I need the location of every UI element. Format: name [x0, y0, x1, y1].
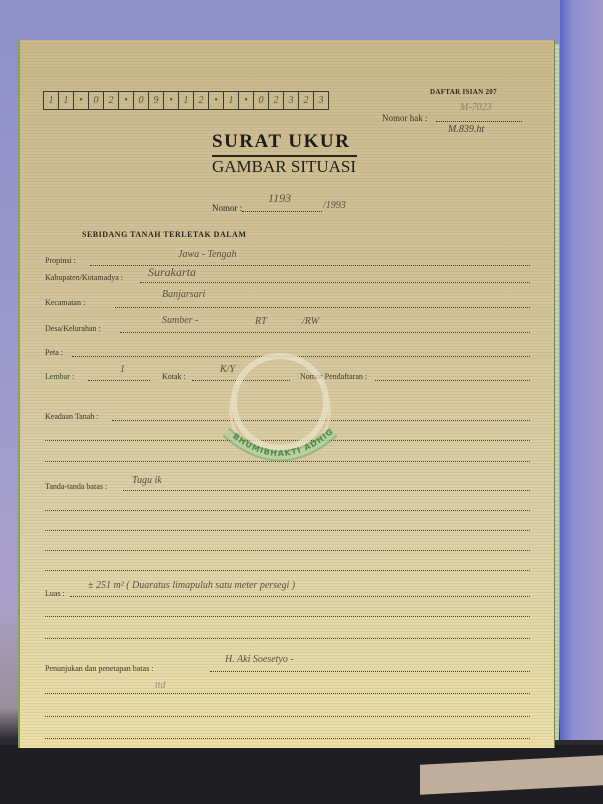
code-box: •	[74, 92, 89, 109]
nomor-pendaftaran-line	[375, 380, 530, 381]
penunjukan-value: H. Aki Soesetyo -	[225, 654, 294, 665]
kecamatan-label: Kecamatan :	[45, 298, 85, 307]
nomor-year: /1993	[323, 200, 346, 211]
code-box: 0	[254, 92, 269, 109]
peta-label: Peta :	[45, 348, 63, 357]
code-box: 2	[299, 92, 314, 109]
kabupaten-label: Kabupaten/Kotamadya :	[45, 273, 123, 282]
keadaan-tanah-label: Keadaan Tanah :	[45, 412, 99, 421]
form-id: DAFTAR ISIAN 207	[430, 88, 497, 96]
kabupaten-line	[140, 282, 530, 283]
desa-rt: RT	[255, 316, 267, 327]
code-box: 9	[149, 92, 164, 109]
code-box: 3	[284, 92, 299, 109]
kotak-label: Kotak :	[162, 372, 186, 381]
tanda-batas-line-5	[45, 570, 530, 571]
code-box: 2	[194, 92, 209, 109]
nomor-value: 1193	[268, 191, 291, 206]
code-box: 1	[179, 92, 194, 109]
desa-rw: /RW	[302, 316, 319, 327]
desa-value: Sumber -	[162, 315, 198, 326]
tanda-batas-label: Tanda-tanda batas :	[45, 482, 107, 491]
kecamatan-line	[115, 307, 530, 308]
luas-line-2	[45, 616, 530, 617]
desa-line	[120, 332, 530, 333]
code-box: •	[119, 92, 134, 109]
penunjukan-signature: ttd	[155, 680, 166, 691]
document-title: SURAT UKUR	[212, 131, 350, 153]
code-box: •	[239, 92, 254, 109]
tanda-batas-value: Tugu ik	[132, 475, 162, 486]
penunjukan-label: Penunjukan dan penetapan batas :	[45, 664, 153, 673]
code-box: 1	[224, 92, 239, 109]
tanda-batas-line-3	[45, 530, 530, 531]
penunjukan-line-2	[45, 693, 530, 694]
kabupaten-value: Surakarta	[148, 265, 196, 280]
background-right	[560, 0, 603, 740]
luas-label: Luas :	[45, 589, 65, 598]
code-box: 0	[134, 92, 149, 109]
code-box: 1	[59, 92, 74, 109]
code-box: •	[209, 92, 224, 109]
penunjukan-line-1	[210, 671, 530, 672]
luas-line-3	[45, 638, 530, 639]
bhumibhakti-stamp-icon: BHUMIBHAKTI ADHIGUNA	[212, 340, 348, 476]
luas-line	[70, 596, 530, 597]
code-box: 3	[314, 92, 328, 109]
nomor-line	[242, 211, 322, 212]
propinsi-label: Propinsi :	[45, 256, 76, 265]
surat-ukur-document: 1 1 • 0 2 • 0 9 • 1 2 • 1 • 0 2 3 2 3 DA…	[18, 40, 554, 748]
penunjukan-line-4	[45, 738, 530, 739]
tanda-batas-line-2	[45, 510, 530, 511]
code-box: 2	[269, 92, 284, 109]
parcel-code-boxes: 1 1 • 0 2 • 0 9 • 1 2 • 1 • 0 2 3 2 3	[43, 91, 329, 110]
nomor-hak-line	[436, 121, 522, 122]
code-box: 0	[89, 92, 104, 109]
lembar-line	[88, 380, 150, 381]
penunjukan-line-3	[45, 716, 530, 717]
nomor-label: Nomor :	[212, 203, 242, 213]
section-heading: SEBIDANG TANAH TERLETAK DALAM	[82, 230, 246, 239]
tanda-batas-line-4	[45, 550, 530, 551]
code-box: 1	[44, 92, 59, 109]
propinsi-value: Jawa - Tengah	[178, 249, 237, 260]
tanda-batas-line-1	[123, 490, 530, 491]
kecamatan-value: Banjarsari	[162, 289, 205, 300]
code-box: •	[164, 92, 179, 109]
nomor-hak-handwritten-top: M-7023	[460, 102, 492, 113]
code-box: 2	[104, 92, 119, 109]
luas-value: ± 251 m² ( Duaratus limapuluh satu meter…	[88, 580, 295, 591]
desa-label: Desa/Kelurahan :	[45, 324, 101, 333]
lembar-label: Lembar :	[45, 372, 74, 381]
nomor-hak-label: Nomor hak :	[382, 113, 428, 123]
lembar-value: 1	[120, 364, 125, 375]
document-subtitle: GAMBAR SITUASI	[212, 157, 356, 177]
nomor-hak-value: M.839.ht	[448, 124, 484, 135]
